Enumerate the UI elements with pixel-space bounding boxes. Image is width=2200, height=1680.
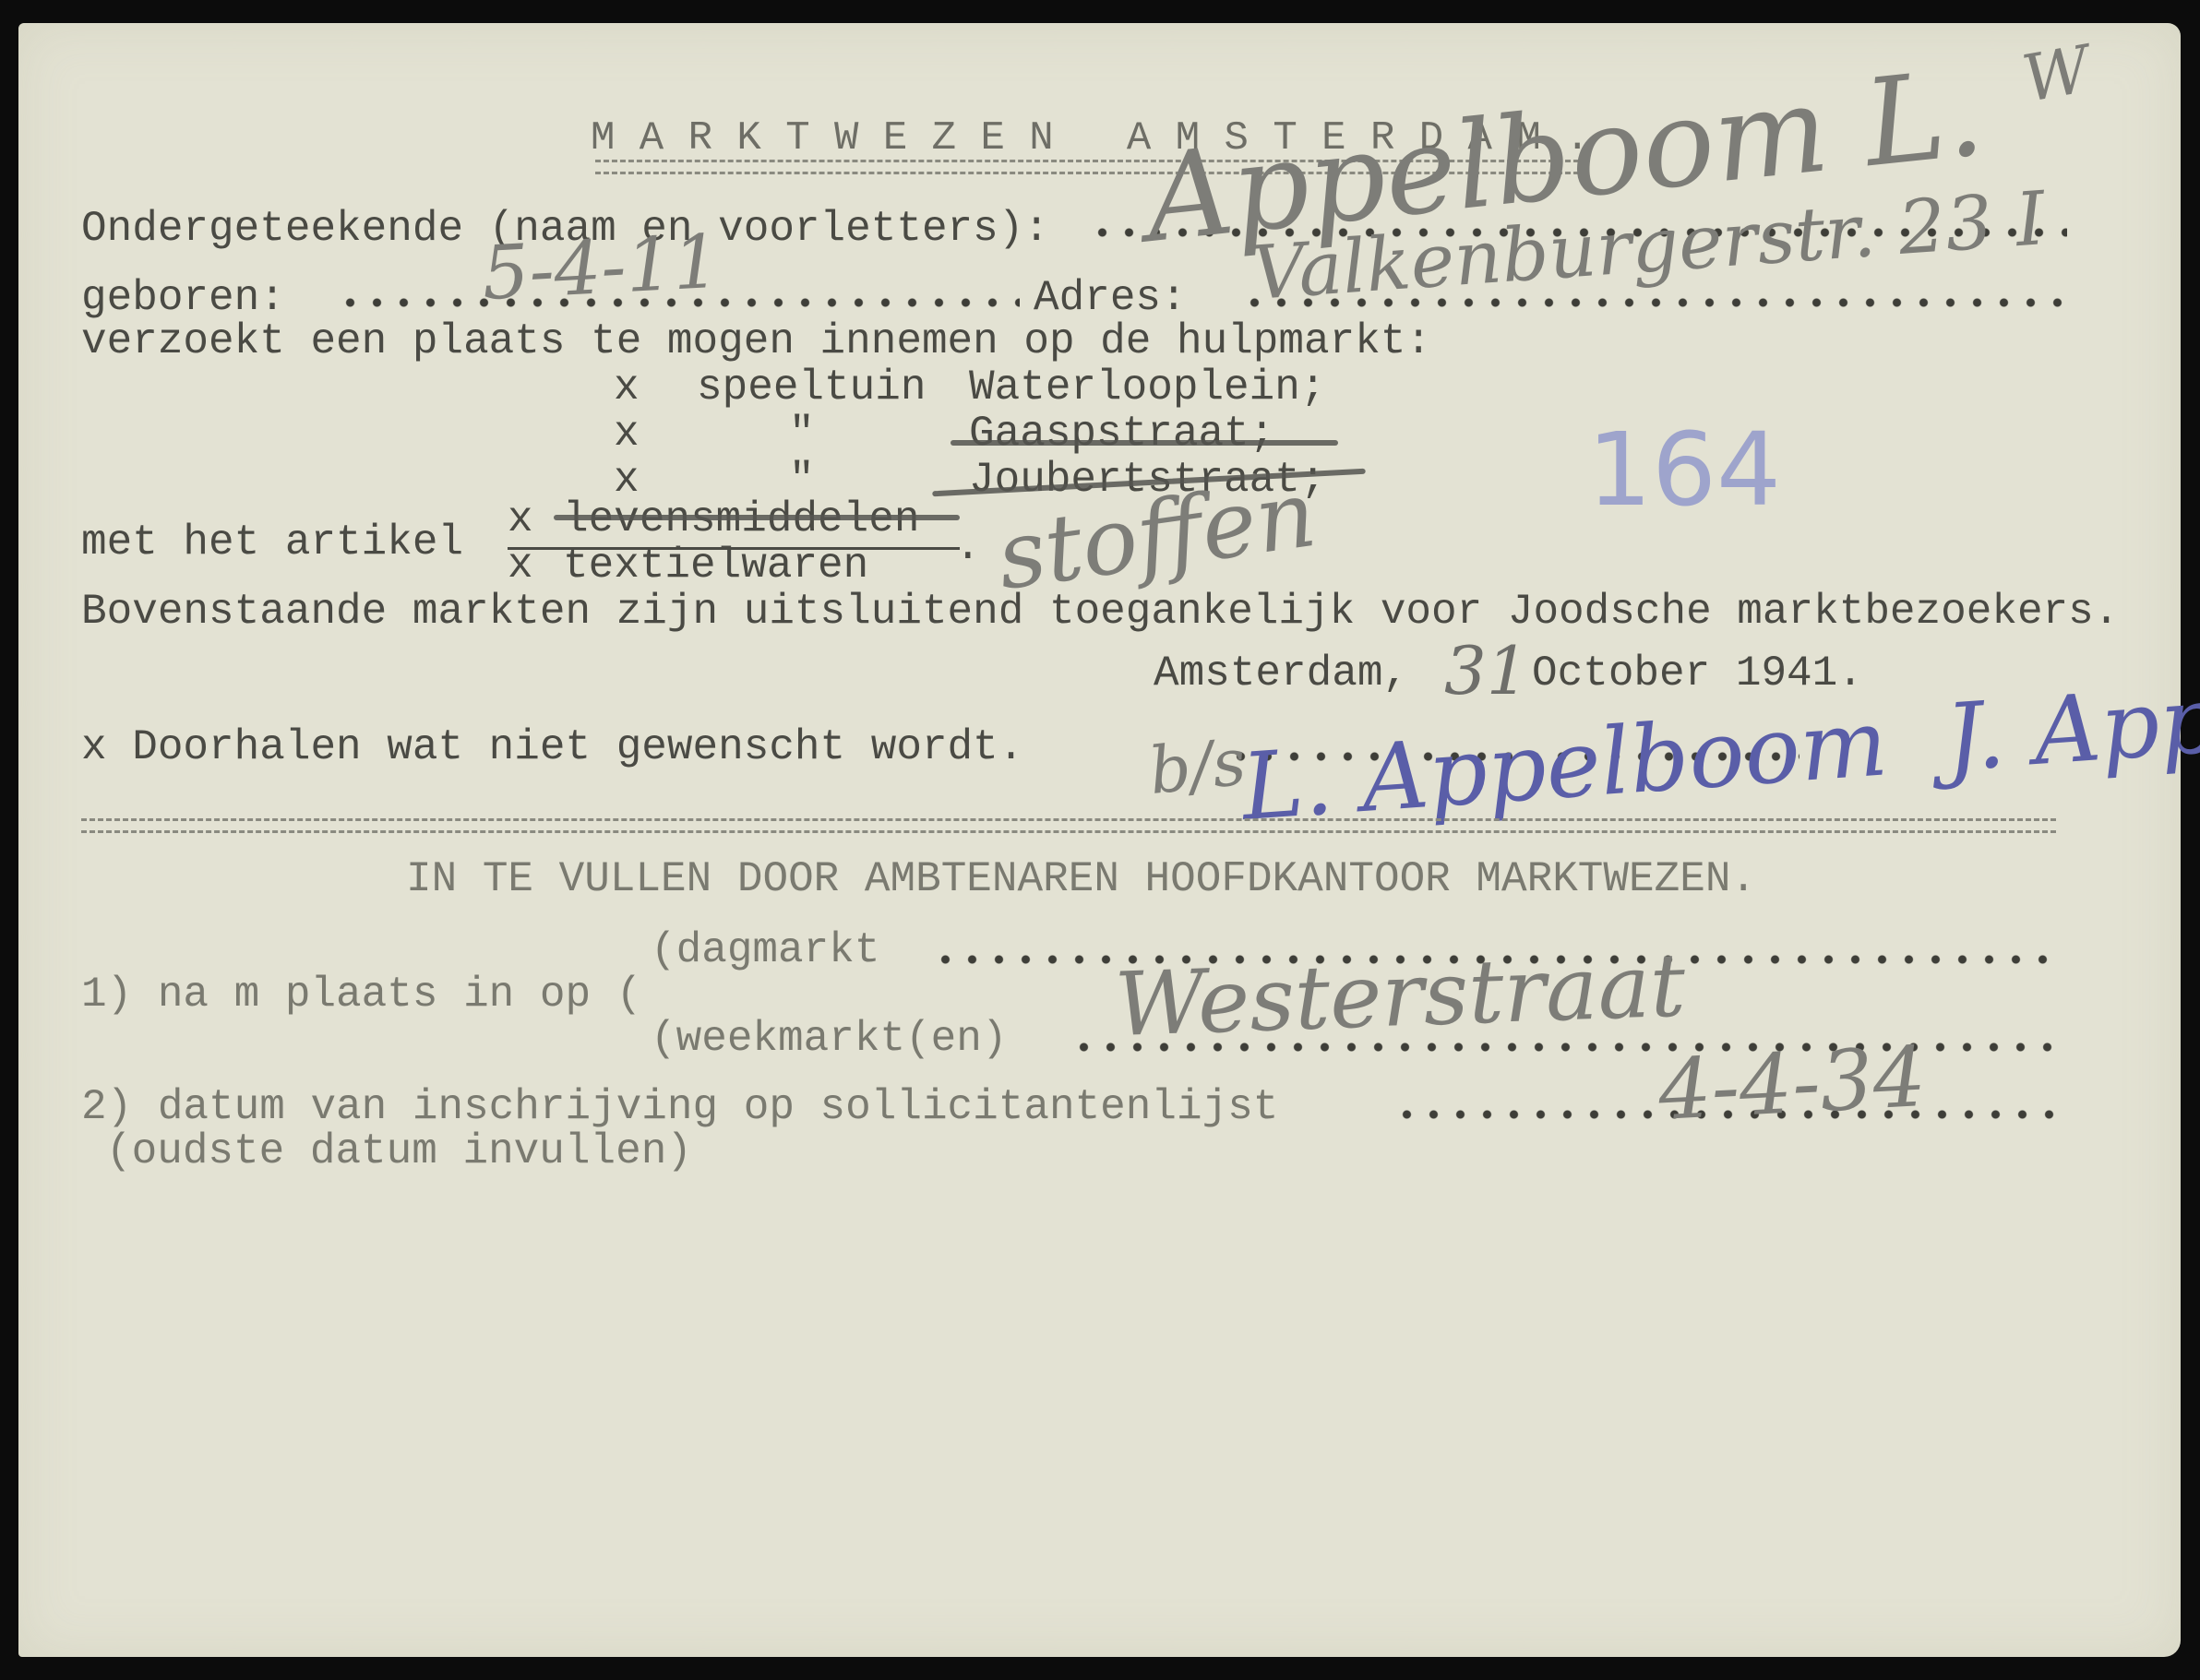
request-text: verzoekt een plaats te mogen innemen op … <box>81 320 1431 363</box>
article-1-marker: x <box>508 498 533 541</box>
market-1-name: Waterlooplein; <box>969 366 1325 409</box>
date-city: Amsterdam, <box>1154 652 1408 695</box>
strike-note: x Doorhalen wat niet gewenscht wordt. <box>81 726 1023 769</box>
file-number: 164 <box>1587 411 1781 529</box>
daymarket-label: (dagmarkt <box>651 929 879 971</box>
signature-prefix: b/s <box>1145 724 1249 809</box>
corner-mark: W <box>2017 31 2096 117</box>
article-2-name: textielwaren <box>563 544 868 587</box>
market-application-card: M A R K T W E Z E N A M S T E R D A M . … <box>18 23 2181 1657</box>
market-2-prefix: " <box>789 412 815 455</box>
article-label: met het artikel <box>81 521 463 564</box>
article-2-marker: x <box>508 544 533 587</box>
date-day-handwritten: 31 <box>1444 632 1529 709</box>
item2-label: 2) datum van inschrijving op sollicitant… <box>81 1086 1278 1128</box>
article-period: . <box>955 526 981 568</box>
market-1-prefix: speeltuin <box>697 366 926 409</box>
weekmarket-label: (weekmarkt(en) <box>651 1018 1007 1060</box>
market-2-marker: x <box>614 412 640 455</box>
section-separator <box>81 818 2056 833</box>
address-label: Adres: <box>1034 277 1187 319</box>
market-2-strikethrough <box>951 440 1338 446</box>
weekmarket-handwritten: Westerstraat <box>1113 935 1687 1056</box>
article-1-strikethrough <box>554 515 960 520</box>
item2-note: (oudste datum invullen) <box>106 1130 692 1173</box>
date-month-year: October 1941. <box>1532 652 1863 695</box>
market-1-marker: x <box>614 366 640 409</box>
office-heading: IN TE VULLEN DOOR AMBTENAREN HOOFDKANTOO… <box>406 858 1756 900</box>
notice-text: Bovenstaande markten zijn uitsluitend to… <box>81 590 2119 633</box>
born-handwritten: 5-4-11 <box>480 219 722 316</box>
born-label: geboren: <box>81 277 285 319</box>
item2-handwritten: 4-4-34 <box>1656 1029 1929 1139</box>
market-2-name: Gaaspstraat; <box>969 412 1274 455</box>
item1-label: 1) na m plaats in op ( <box>81 973 641 1016</box>
